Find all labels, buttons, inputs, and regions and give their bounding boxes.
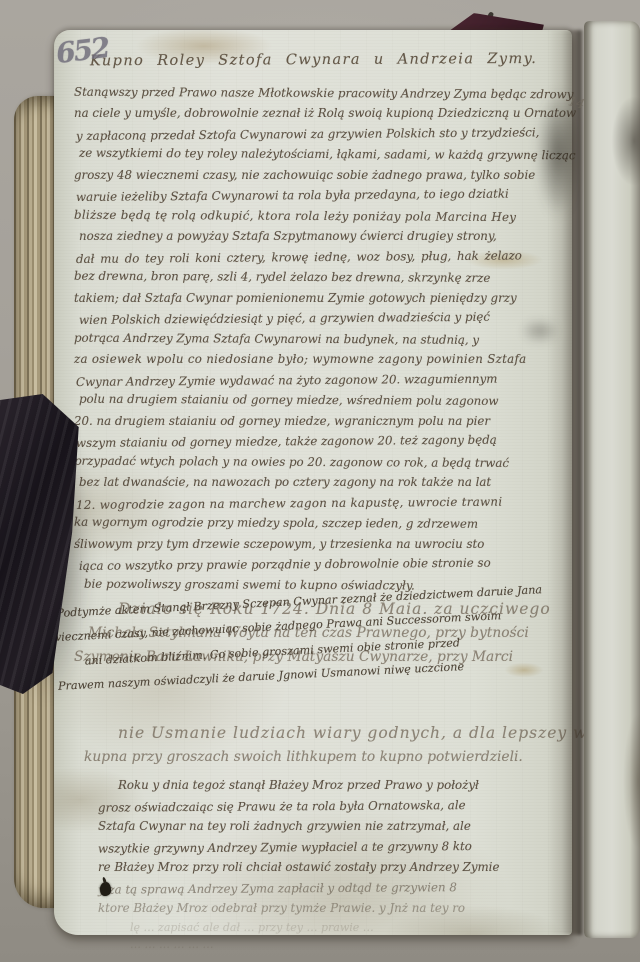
- handwritten-line: na ciele y umyśle, dobrowolnie zeznał iż…: [74, 103, 570, 124]
- handwritten-line: wien Polskich dziewięćdziesiąt y pięć, a…: [79, 306, 570, 330]
- handwritten-line: re Błażey Mroz przy roli chciał ostawić …: [98, 857, 570, 878]
- handwritten-line: bliższe będą tę rolą odkupić, ktora rola…: [74, 204, 570, 227]
- handwritten-line: Stanąwszy przed Prawo nasze Młotkowskie …: [74, 81, 570, 104]
- handwritten-line: bez drewna, bron parę, szli 4, rydel żel…: [74, 266, 570, 289]
- handwritten-line: … … … … … …: [130, 936, 570, 953]
- handwritten-line: groszy 48 wiecznemi czasy, nie zachowuią…: [74, 165, 570, 186]
- interleaved-entries: Działo się Roku 1724. Dnia 8 Maia. za uc…: [74, 597, 570, 719]
- manuscript-photo: Kupno Roley Sztofa Cwynara u Andrzeia Zy…: [0, 0, 640, 962]
- handwritten-line: ktore Błażey Mroz odebrał przy tymże Pra…: [98, 898, 570, 919]
- record-title: Kupno Roley Sztofa Cwynara u Andrzeia Zy…: [90, 49, 570, 72]
- faded-illegible-lines: lę … zapisać ale dał … przy tey … prawie…: [130, 919, 570, 953]
- handwritten-line: wszytkie grzywny Andrzey Zymie wypłaciel…: [98, 835, 570, 859]
- handwritten-line: potrąca Andrzey Zyma Sztafa Cwynarowi na…: [74, 327, 570, 350]
- handwritten-line: ka wgornym ogrodzie przy miedzy spola, s…: [74, 512, 570, 535]
- handwritten-line: bez lat dwanaście, na nawozach po cztery…: [79, 472, 570, 493]
- handwritten-line: kupna przy groszach swoich lithkupem to …: [84, 745, 570, 769]
- handwritten-line: nie Usmanie ludziach wiary godnych, a dl…: [118, 721, 570, 745]
- handwritten-line: Roku y dnia tegoż stanął Błażey Mroz prz…: [118, 775, 570, 796]
- handwritten-line: nosza ziedney a powyżay Sztafa Szpytmano…: [79, 226, 570, 247]
- handwritten-line: wszym staianiu od gorney miedze, także z…: [76, 429, 570, 453]
- handwritten-line: za osiewek wpolu co niedosiane było; wym…: [74, 349, 570, 370]
- handwritten-line: śliwowym przy tym drzewie sczepowym, y t…: [74, 534, 570, 555]
- second-record: Roku y dnia tegoż stanął Błażey Mroz prz…: [98, 775, 570, 919]
- handwritten-line: lę … zapisać ale dał … przy tey … prawie…: [130, 919, 570, 936]
- folio-number-pencil: 652: [54, 31, 110, 70]
- handwritten-line: takiem; dał Sztafa Cwynar pomienionemu Z…: [74, 288, 570, 309]
- handwritten-line: 20. na drugiem staianiu od gorney miedze…: [74, 411, 570, 432]
- handwritten-line: y za tą sprawą Andrzey Zyma zapłacił y o…: [98, 876, 570, 900]
- handwritten-line: polu na drugiem staianiu od gorney miedz…: [79, 389, 570, 412]
- ink-blot: [100, 882, 111, 896]
- dating-clause-continued: nie Usmanie ludziach wiary godnych, a dl…: [74, 721, 570, 769]
- handwritten-line: ze wszytkiemi do tey roley należytościam…: [79, 143, 570, 166]
- handwritten-line: przypadać wtych polach y na owies po 20.…: [74, 450, 570, 473]
- handwritten-line: grosz oświadczaiąc się Prawu że ta rola …: [98, 794, 570, 818]
- manuscript-text: Kupno Roley Sztofa Cwynara u Andrzeia Zy…: [74, 50, 570, 953]
- record-body: Stanąwszy przed Prawo nasze Młotkowskie …: [74, 83, 570, 596]
- handwritten-line: Sztafa Cwynar na tey roli żadnych grzywi…: [98, 816, 570, 837]
- handwritten-line: waruie ieżeliby Sztafa Cwynarowi ta rola…: [76, 183, 570, 207]
- facing-page-sliver: [584, 21, 640, 938]
- handwritten-line: iąca co wszytko przy prawie porządnie y …: [79, 552, 570, 576]
